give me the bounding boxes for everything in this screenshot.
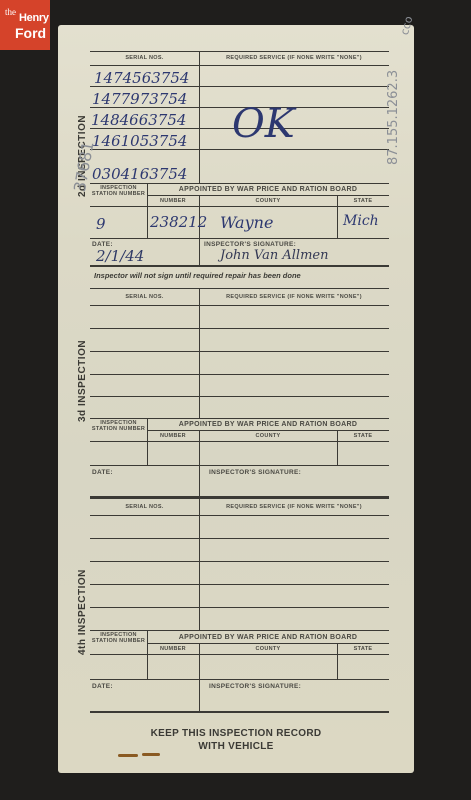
pencil-annotation-right: 87.155.1262.3 — [386, 70, 401, 165]
serial-1: 1474563754 — [94, 69, 189, 87]
pencil-annotation-top-right: cco — [398, 15, 415, 37]
signature-label: INSPECTOR'S SIGNATURE: — [204, 241, 296, 248]
serial-4: 1461053754 — [92, 132, 187, 150]
serial-nos-header: SERIAL NOS. — [90, 504, 199, 510]
signature-label: INSPECTOR'S SIGNATURE: — [209, 469, 301, 476]
section-label-4th: 4th INSPECTION — [77, 569, 88, 655]
stain-mark — [142, 753, 160, 756]
serial-5: 0304163754 — [92, 165, 187, 183]
logo-ford: Ford — [15, 25, 46, 41]
serial-nos-header: SERIAL NOS. — [90, 294, 199, 300]
required-service-value: OK — [232, 101, 295, 147]
inspection-station-header: INSPECTION STATION NUMBER — [90, 420, 147, 432]
county-header: COUNTY — [199, 198, 337, 204]
date-label: DATE: — [92, 469, 113, 476]
footer-line-2: WITH VEHICLE — [58, 741, 414, 752]
serial-3: 1484663754 — [91, 111, 186, 129]
number-header: NUMBER — [147, 646, 199, 652]
station-number-value: 9 — [96, 215, 106, 233]
stain-mark — [118, 754, 138, 757]
board-header: APPOINTED BY WAR PRICE AND RATION BOARD — [147, 186, 389, 193]
state-value: Mich — [343, 213, 379, 229]
serial-nos-header: SERIAL NOS. — [90, 55, 199, 61]
state-header: STATE — [337, 198, 389, 204]
number-header: NUMBER — [147, 198, 199, 204]
henry-ford-logo: the Henry Ford — [0, 0, 50, 50]
county-header: COUNTY — [199, 433, 337, 439]
board-header: APPOINTED BY WAR PRICE AND RATION BOARD — [147, 421, 389, 428]
logo-henry: Henry — [19, 12, 49, 24]
section-3d-inspection: SERIAL NOS. REQUIRED SERVICE (IF NONE WR… — [90, 288, 389, 498]
signature-label: INSPECTOR'S SIGNATURE: — [209, 683, 301, 690]
signature-value: John Van Allmen — [220, 248, 328, 263]
required-service-header: REQUIRED SERVICE (IF NONE WRITE "NONE") — [199, 294, 389, 300]
footer-line-1: KEEP THIS INSPECTION RECORD — [58, 728, 414, 739]
section-label-3d: 3d INSPECTION — [77, 340, 88, 422]
board-header: APPOINTED BY WAR PRICE AND RATION BOARD — [147, 634, 389, 641]
warning-text: Inspector will not sign until required r… — [94, 271, 301, 280]
section-2d-inspection: SERIAL NOS. REQUIRED SERVICE (IF NONE WR… — [90, 51, 389, 276]
required-service-header: REQUIRED SERVICE (IF NONE WRITE "NONE") — [199, 504, 389, 510]
required-service-header: REQUIRED SERVICE (IF NONE WRITE "NONE") — [199, 55, 389, 61]
board-number-value: 238212 — [150, 213, 207, 231]
state-header: STATE — [337, 646, 389, 652]
county-header: COUNTY — [199, 646, 337, 652]
date-value: 2/1/44 — [96, 247, 144, 265]
inspection-record-card: SERIAL NOS. REQUIRED SERVICE (IF NONE WR… — [58, 25, 414, 773]
state-header: STATE — [337, 433, 389, 439]
logo-the: the — [5, 7, 16, 17]
section-4th-inspection: SERIAL NOS. REQUIRED SERVICE (IF NONE WR… — [90, 498, 389, 713]
inspection-station-header: INSPECTION STATION NUMBER — [90, 632, 147, 644]
inspection-station-header: INSPECTION STATION NUMBER — [90, 185, 147, 197]
number-header: NUMBER — [147, 433, 199, 439]
county-value: Wayne — [220, 213, 273, 232]
date-label: DATE: — [92, 683, 113, 690]
serial-2: 1477973754 — [92, 90, 187, 108]
